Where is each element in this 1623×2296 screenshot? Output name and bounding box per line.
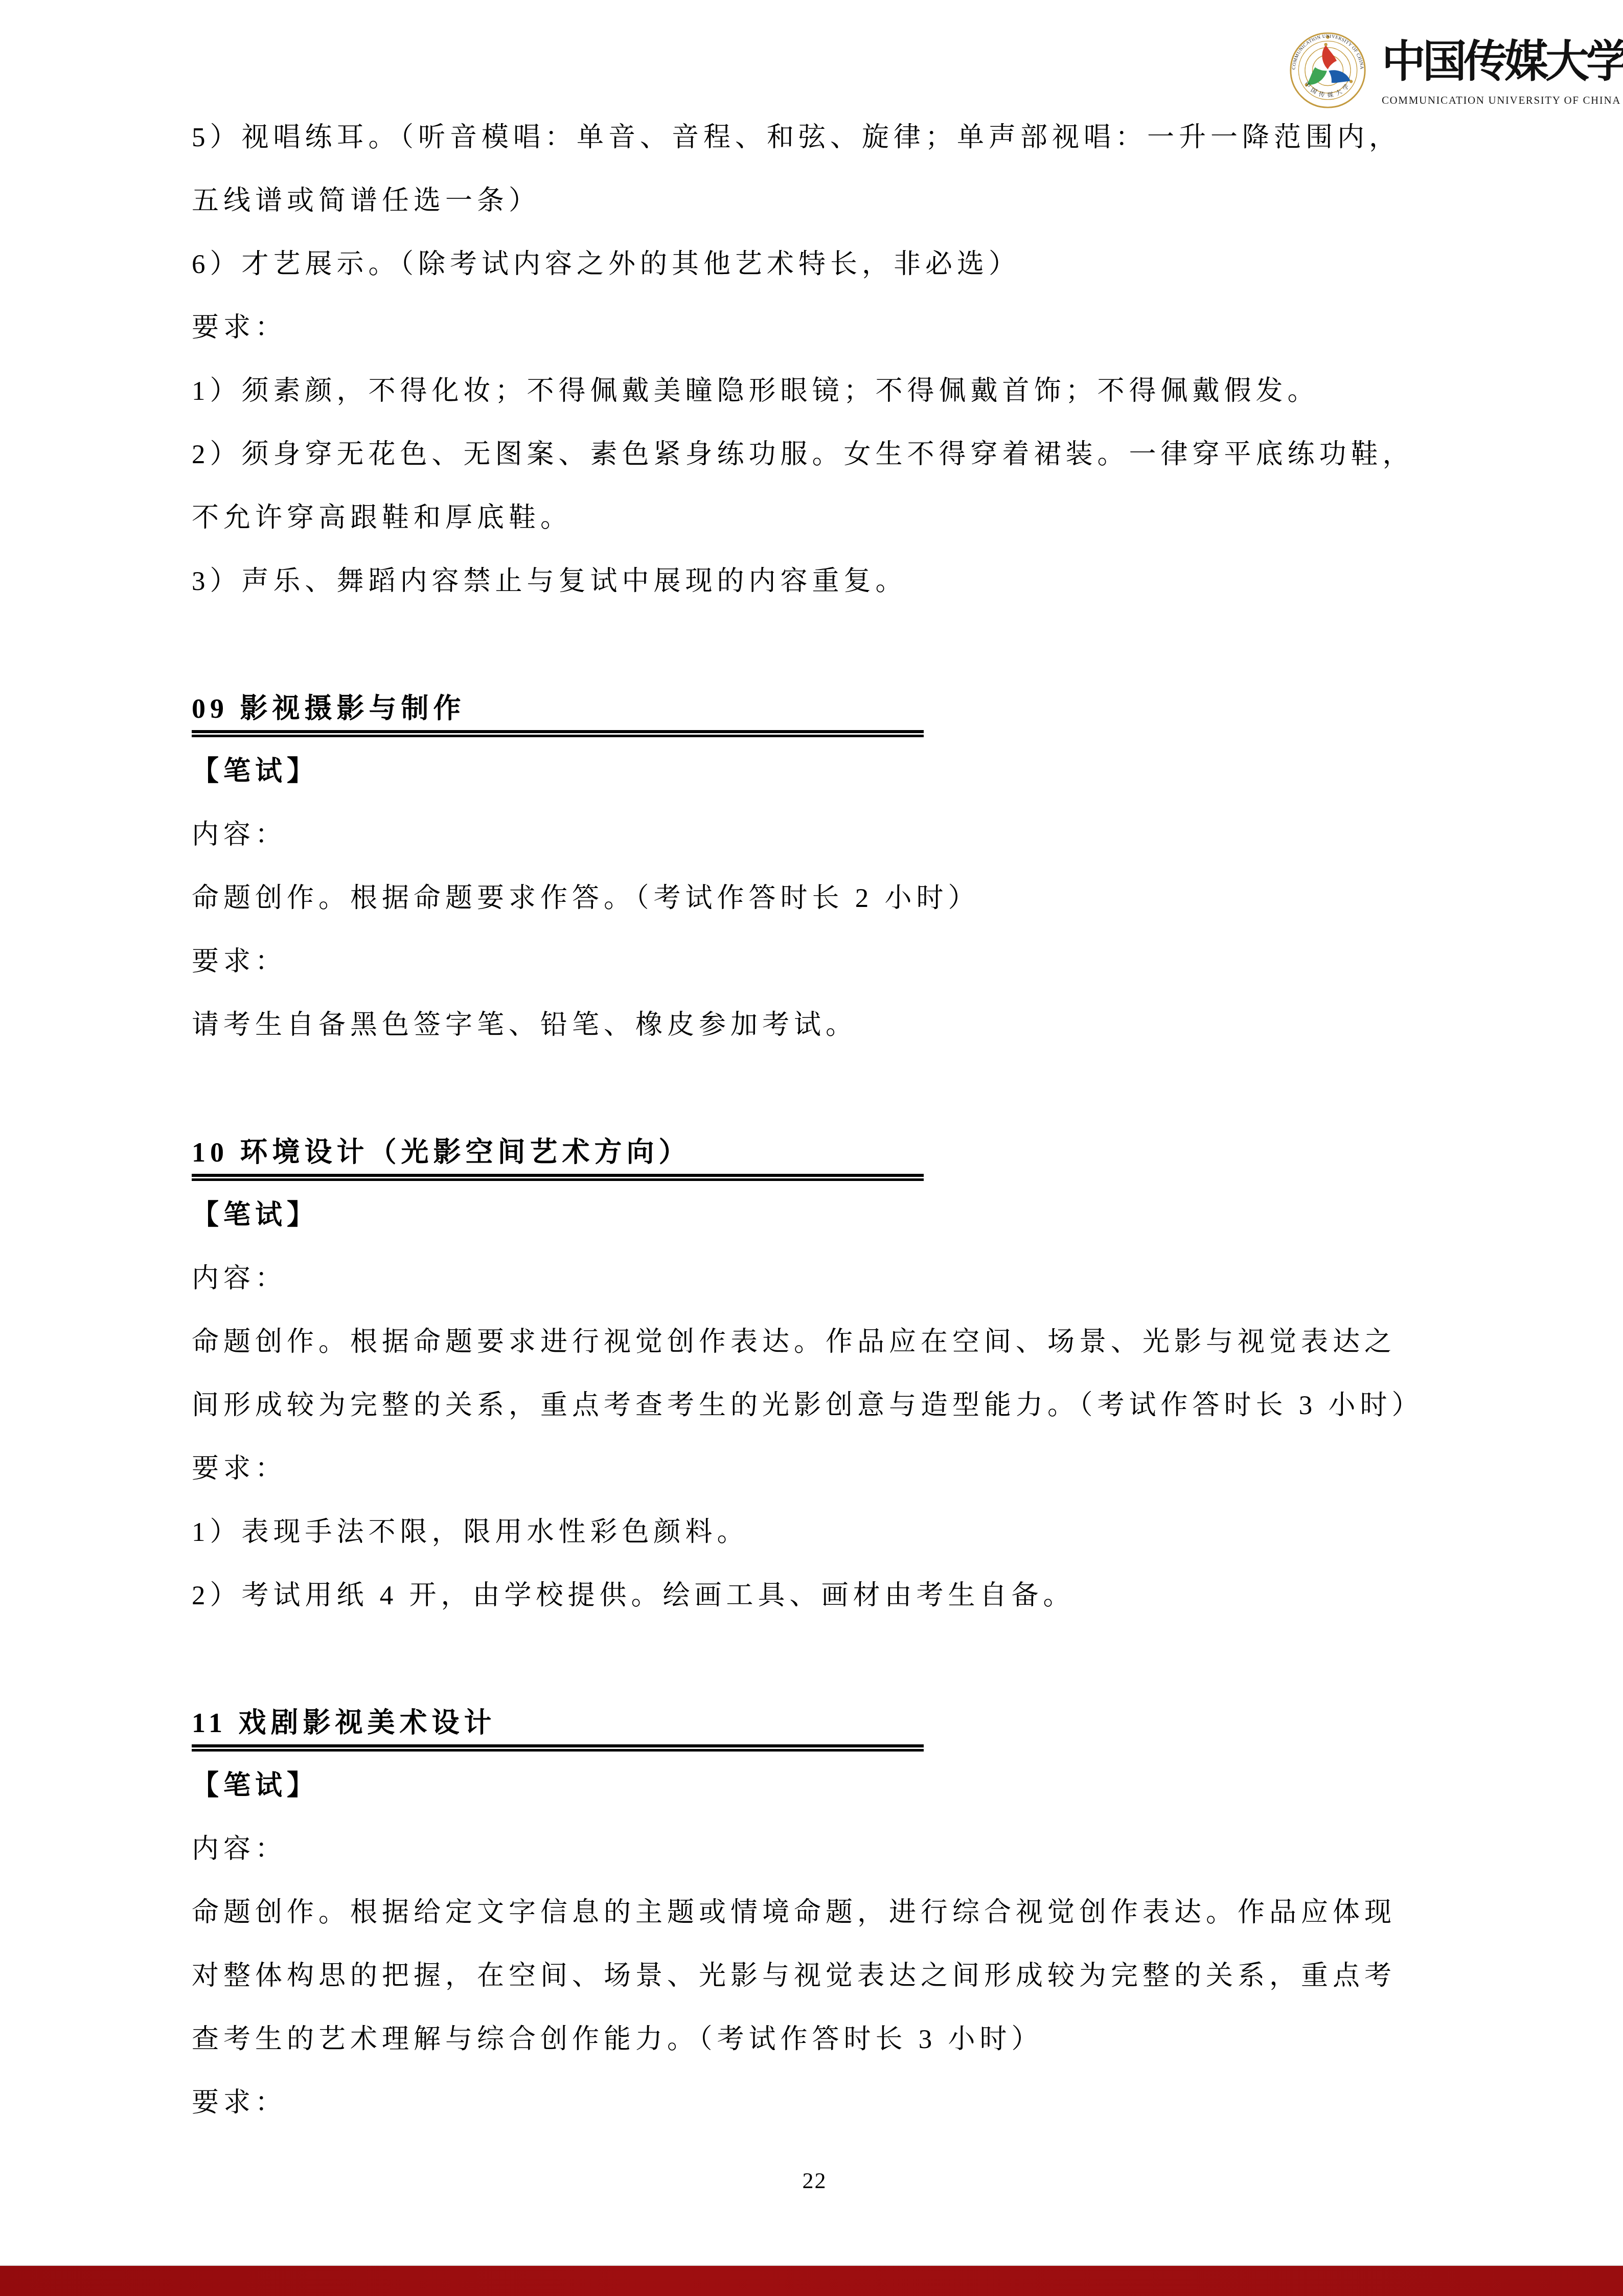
exam-type-label: 【笔试】 <box>192 1199 318 1232</box>
doc-line: 查考生的艺术理解与综合创作能力。（考试作答时长 3 小时） <box>192 2024 1043 2056</box>
requirements-label: 要求： <box>192 946 287 979</box>
section-heading-09: 09 影视摄影与制作 <box>192 692 466 725</box>
page-number: 22 <box>192 2168 1437 2194</box>
university-name-zh: 中国传媒大学 <box>1382 38 1612 86</box>
document-page: COMMUNICATION UNIVERSITY OF CHINA 中国传媒大学… <box>0 0 1623 2296</box>
doc-line: 1）须素颜，不得化妆；不得佩戴美瞳隐形眼镜；不得佩戴首饰；不得佩戴假发。 <box>192 375 1319 408</box>
doc-line: 1）表现手法不限，限用水性彩色颜料。 <box>192 1516 749 1549</box>
doc-line: 2）须身穿无花色、无图案、素色紧身练功服。女生不得穿着裙装。一律穿平底练功鞋， <box>192 439 1414 471</box>
doc-line: 间形成较为完整的关系，重点考查考生的光影创意与造型能力。（考试作答时长 3 小时… <box>192 1390 1424 1422</box>
doc-line: 命题创作。根据给定文字信息的主题或情境命题，进行综合视觉创作表达。作品应体现 <box>192 1897 1396 1929</box>
doc-line: 命题创作。根据命题要求进行视觉创作表达。作品应在空间、场景、光影与视觉表达之 <box>192 1326 1396 1359</box>
doc-line: 3）声乐、舞蹈内容禁止与复试中展现的内容重复。 <box>192 565 907 598</box>
section-heading-10: 10 环境设计（光影空间艺术方向） <box>192 1136 691 1169</box>
section-heading-11: 11 戏剧影视美术设计 <box>192 1707 496 1740</box>
doc-line: 五线谱或简谱任选一条） <box>192 185 540 218</box>
content-label: 内容： <box>192 819 287 852</box>
requirements-label: 要求： <box>192 2087 287 2120</box>
doc-line: 请考生自备黑色签字笔、铅笔、橡皮参加考试。 <box>192 1009 857 1042</box>
doc-line: 2）考试用纸 4 开，由学校提供。绘画工具、画材由考生自备。 <box>192 1580 1075 1612</box>
cuc-logo: COMMUNICATION UNIVERSITY OF CHINA 中国传媒大学… <box>1288 31 1615 118</box>
doc-line: 不允许穿高跟鞋和厚底鞋。 <box>192 502 572 535</box>
doc-line-requirements-label: 要求： <box>192 312 287 345</box>
doc-line: 5）视唱练耳。（听音模唱：单音、音程、和弦、旋律；单声部视唱：一升一降范围内， <box>192 122 1401 154</box>
doc-line: 命题创作。根据命题要求作答。（考试作答时长 2 小时） <box>192 882 980 915</box>
doc-line: 6）才艺展示。（除考试内容之外的其他艺术特长，非必选） <box>192 248 1020 281</box>
university-name-en: COMMUNICATION UNIVERSITY OF CHINA <box>1382 94 1612 107</box>
doc-line: 对整体构思的把握，在空间、场景、光影与视觉表达之间形成较为完整的关系，重点考 <box>192 1960 1396 1993</box>
cuc-seal-icon: COMMUNICATION UNIVERSITY OF CHINA 中国传媒大学 <box>1288 31 1367 110</box>
section-heading-rule <box>192 1174 924 1181</box>
requirements-label: 要求： <box>192 1453 287 1486</box>
exam-type-label: 【笔试】 <box>192 756 318 788</box>
content-label: 内容： <box>192 1263 287 1295</box>
exam-type-label: 【笔试】 <box>192 1770 318 1803</box>
section-heading-rule <box>192 1744 924 1752</box>
section-heading-rule <box>192 730 924 737</box>
content-label: 内容： <box>192 1833 287 1866</box>
footer-red-bar <box>0 2265 1623 2296</box>
